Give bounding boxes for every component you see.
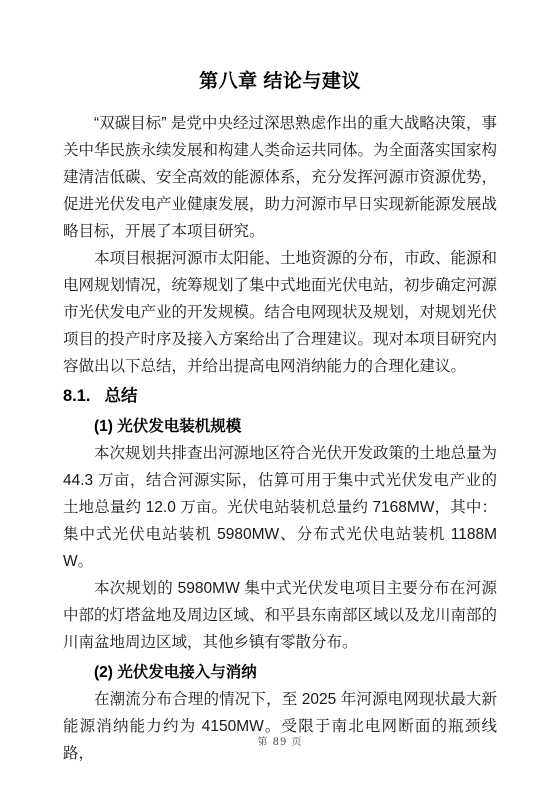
subsection-1-paragraph-2: 本次规划的 5980MW 集中式光伏发电项目主要分布在河源中部的灯塔盆地及周边区… [63,575,497,656]
subsection-1-paragraph-1: 本次规划共排查出河源地区符合光伏开发政策的土地总量为 44.3 万亩，结合河源实… [63,440,497,575]
page-footer: 第 89 页 [0,733,560,748]
subsection-1-heading: (1) 光伏发电装机规模 [63,413,497,440]
subsection-2-heading: (2) 光伏发电接入与消纳 [63,659,497,686]
page-number-label: 第 89 页 [257,737,302,748]
document-page: 第八章 结论与建议 “双碳目标” 是党中央经过深思熟虑作出的重大战略决策，事关中… [0,0,560,792]
section-heading: 8.1.总结 [63,383,497,410]
section-number: 8.1. [63,387,91,405]
chapter-title: 第八章 结论与建议 [63,68,497,96]
intro-paragraph-1: “双碳目标” 是党中央经过深思熟虑作出的重大战略决策，事关中华民族永续发展和构建… [63,110,497,245]
subsection-2-paragraph-1: 在潮流分布合理的情况下，至 2025 年河源电网现状最大新能源消纳能力约为 41… [63,686,497,767]
intro-paragraph-2: 本项目根据河源市太阳能、土地资源的分布，市政、能源和电网规划情况，统筹规划了集中… [63,245,497,380]
section-title: 总结 [105,387,138,405]
